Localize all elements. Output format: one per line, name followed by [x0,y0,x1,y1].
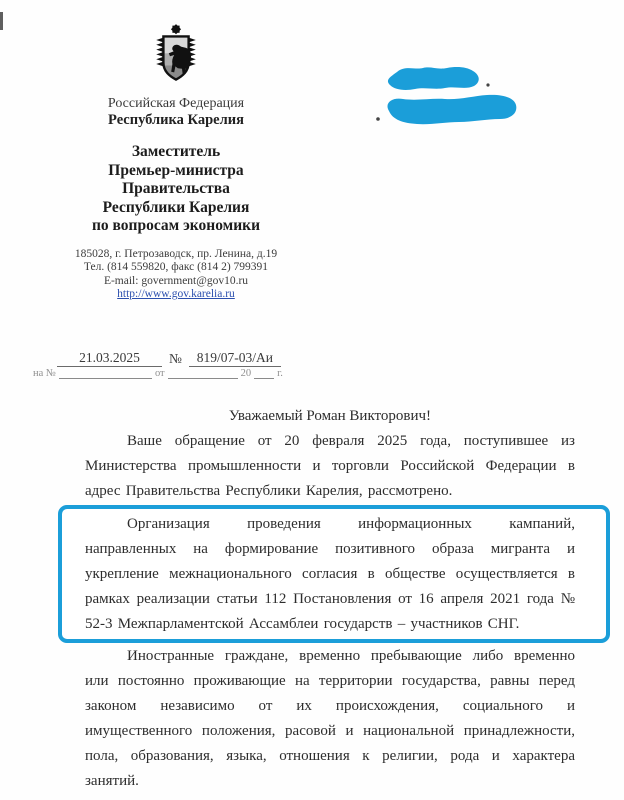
letterhead-region: Республика Карелия [36,112,316,129]
star-icon [171,24,181,34]
letterhead: Российская Федерация Республика Карелия … [36,22,316,302]
year-blank [254,378,274,379]
outgoing-number: 819/07-03/Аи [189,350,281,367]
letterhead-phone: Тел. (814 559820, факс (814 2) 799391 [36,261,316,275]
letterhead-email: E-mail: government@gov10.ru [36,275,316,289]
text-remnant-dot [376,117,380,121]
number-sign: № [169,351,182,367]
letterhead-website-link[interactable]: http://www.gov.karelia.ru [36,288,316,302]
year-suffix: г. [277,368,283,379]
redaction-stroke-icon [388,67,479,90]
incoming-date-blank [168,378,238,379]
highlight-box: Организация проведения информационных ка… [58,505,610,643]
salutation: Уважаемый Роман Викторович! [85,404,575,429]
letterhead-country: Российская Федерация [36,96,316,112]
incoming-from-label: от [155,368,165,379]
office-line: Премьер-министра [36,162,316,181]
letterhead-address: 185028, г. Петрозаводск, пр. Ленина, д.1… [36,248,316,262]
paragraph-intro: Ваше обращение от 20 февраля 2025 года, … [85,429,575,504]
redaction-stroke-icon [387,95,516,124]
office-line: Заместитель [36,143,316,162]
office-line: Республики Карелия [36,199,316,218]
incoming-number-blank [59,378,152,379]
letterhead-contacts: 185028, г. Петрозаводск, пр. Ленина, д.1… [36,248,316,302]
text-remnant-dot [486,83,489,86]
scan-edge-artifact [0,12,3,30]
year-prefix: 20 [241,368,252,379]
reference-row-incoming: на № от 20 г. [30,368,300,379]
office-line: по вопросам экономики [36,217,316,236]
incoming-on-no-label: на № [33,368,56,379]
letter-body: Уважаемый Роман Викторович! Ваше обращен… [85,404,575,794]
karelia-coat-of-arms-icon [149,22,203,88]
letterhead-office-title: Заместитель Премьер-министра Правительст… [36,143,316,236]
office-line: Правительства [36,180,316,199]
paragraph-foreign-citizens: Иностранные граждане, временно пребывающ… [85,644,575,794]
reference-row-outgoing: 21.03.2025 № 819/07-03/Аи [57,350,300,367]
paragraph-highlighted: Организация проведения информационных ка… [85,512,575,637]
scanned-letter-page: Российская Федерация Республика Карелия … [0,0,624,800]
outgoing-date: 21.03.2025 [57,350,162,367]
reference-block: 21.03.2025 № 819/07-03/Аи на № от 20 г. [30,350,300,379]
redaction-strokes [355,58,535,136]
